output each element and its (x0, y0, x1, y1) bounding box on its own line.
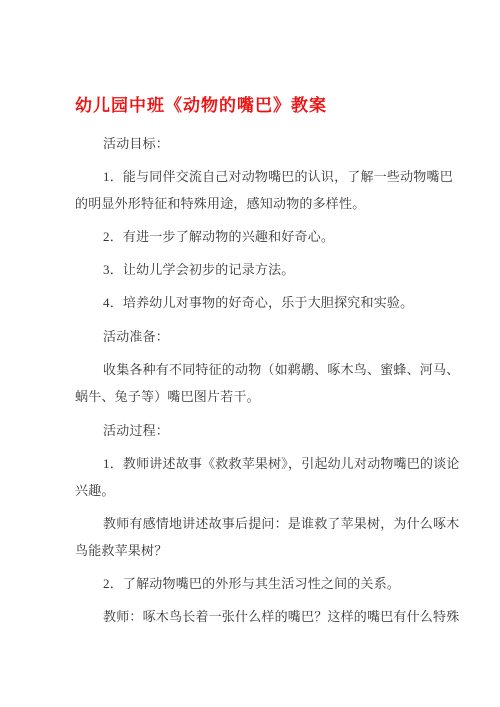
text-line: 教师：啄木鸟长着一张什么样的嘴巴？这样的嘴巴有什么特殊 (75, 603, 436, 630)
text-line: 教师有感情地讲述故事后提问：是谁救了苹果树，为什么啄木 (75, 510, 436, 537)
process-step-1: 1．教师讲述故事《救救苹果树》，引起幼儿对动物嘴巴的谈论兴趣。 (75, 450, 436, 504)
activity-preparation-heading: 活动准备： (75, 323, 436, 350)
text-line: 4．培养幼儿对事物的好奇心，乐于大胆探究和实验。 (75, 289, 436, 316)
preparation-item: 收集各种有不同特征的动物（如鹈鹕、啄木鸟、蜜蜂、河马、蜗牛、兔子等）嘴巴图片若干… (75, 356, 436, 410)
page-title: 幼儿园中班《动物的嘴巴》教案 (75, 96, 436, 116)
document-content: 幼儿园中班《动物的嘴巴》教案 活动目标：1．能与同伴交流自己对动物嘴巴的认识，了… (0, 0, 500, 630)
document-page: 幼儿园中班《动物的嘴巴》教案 活动目标：1．能与同伴交流自己对动物嘴巴的认识，了… (0, 0, 500, 707)
text-line: 活动过程： (75, 417, 436, 444)
text-line: 2．了解动物嘴巴的外形与其生活习性之间的关系。 (75, 570, 436, 597)
text-line: 的明显外形特征和特殊用途，感知动物的多样性。 (75, 190, 436, 217)
activity-process-heading: 活动过程： (75, 417, 436, 444)
text-line: 2．有进一步了解动物的兴趣和好奇心。 (75, 223, 436, 250)
document-body: 活动目标：1．能与同伴交流自己对动物嘴巴的认识，了解一些动物嘴巴的明显外形特征和… (75, 130, 436, 630)
text-line: 活动目标： (75, 130, 436, 157)
text-line: 收集各种有不同特征的动物（如鹈鹕、啄木鸟、蜜蜂、河马、 (75, 356, 436, 383)
text-line: 活动准备： (75, 323, 436, 350)
goal-item-4: 4．培养幼儿对事物的好奇心，乐于大胆探究和实验。 (75, 289, 436, 316)
process-step-2-question: 教师：啄木鸟长着一张什么样的嘴巴？这样的嘴巴有什么特殊 (75, 603, 436, 630)
text-line: 蜗牛、兔子等）嘴巴图片若干。 (75, 383, 436, 410)
text-line: 3．让幼儿学会初步的记录方法。 (75, 256, 436, 283)
text-line: 1．能与同伴交流自己对动物嘴巴的认识，了解一些动物嘴巴 (75, 163, 436, 190)
goal-item-2: 2．有进一步了解动物的兴趣和好奇心。 (75, 223, 436, 250)
goal-item-1: 1．能与同伴交流自己对动物嘴巴的认识，了解一些动物嘴巴的明显外形特征和特殊用途，… (75, 163, 436, 217)
text-line: 兴趣。 (75, 477, 436, 504)
process-step-1-question: 教师有感情地讲述故事后提问：是谁救了苹果树，为什么啄木鸟能救苹果树？ (75, 510, 436, 564)
goal-item-3: 3．让幼儿学会初步的记录方法。 (75, 256, 436, 283)
activity-goals-heading: 活动目标： (75, 130, 436, 157)
process-step-2: 2．了解动物嘴巴的外形与其生活习性之间的关系。 (75, 570, 436, 597)
text-line: 鸟能救苹果树？ (75, 537, 436, 564)
text-line: 1．教师讲述故事《救救苹果树》，引起幼儿对动物嘴巴的谈论 (75, 450, 436, 477)
